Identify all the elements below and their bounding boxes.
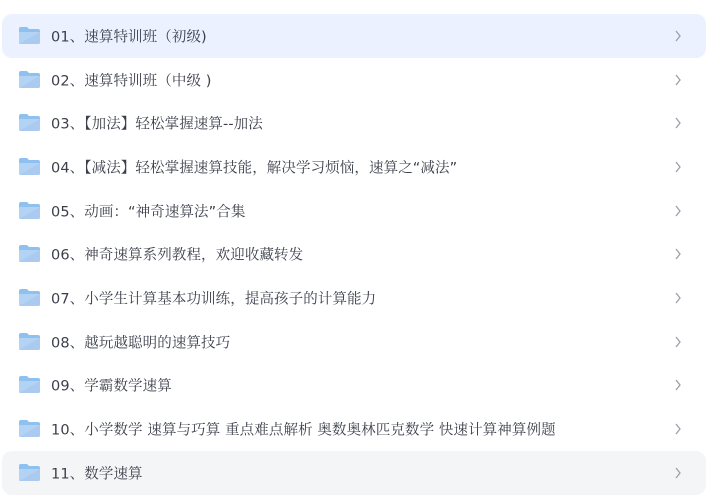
chevron-right-icon: [674, 292, 682, 304]
folder-icon: [19, 202, 40, 219]
folder-icon: [19, 27, 40, 44]
folder-icon: [19, 289, 40, 306]
folder-row[interactable]: 08、越玩越聪明的速算技巧: [2, 320, 706, 364]
folder-icon: [19, 114, 40, 131]
chevron-right-icon: [674, 467, 682, 479]
folder-row[interactable]: 06、神奇速算系列教程，欢迎收藏转发: [2, 232, 706, 276]
folder-label: 06、神奇速算系列教程，欢迎收藏转发: [51, 244, 303, 265]
folder-row[interactable]: 04、【减法】轻松掌握速算技能，解决学习烦恼，速算之“减法”: [2, 145, 706, 189]
folder-icon: [19, 71, 40, 88]
chevron-right-icon: [674, 74, 682, 86]
folder-list: 01、速算特训班（初级) 02、速算特训班（中级 ) 03、【加法】轻松掌握速算…: [2, 14, 706, 495]
folder-row[interactable]: 02、速算特训班（中级 ): [2, 58, 706, 102]
folder-label: 05、动画：“神奇速算法”合集: [51, 200, 245, 221]
folder-icon: [19, 158, 40, 175]
folder-label: 08、越玩越聪明的速算技巧: [51, 331, 230, 352]
folder-label: 03、【加法】轻松掌握速算--加法: [51, 113, 263, 134]
folder-row[interactable]: 01、速算特训班（初级): [2, 14, 706, 58]
folder-row[interactable]: 03、【加法】轻松掌握速算--加法: [2, 101, 706, 145]
chevron-right-icon: [674, 379, 682, 391]
chevron-right-icon: [674, 161, 682, 173]
folder-label: 11、数学速算: [51, 462, 143, 483]
chevron-right-icon: [674, 423, 682, 435]
folder-row[interactable]: 10、小学数学 速算与巧算 重点难点解析 奥数奥林匹克数学 快速计算神算例题: [2, 407, 706, 451]
folder-row[interactable]: 05、动画：“神奇速算法”合集: [2, 189, 706, 233]
chevron-right-icon: [674, 205, 682, 217]
chevron-right-icon: [674, 336, 682, 348]
folder-label: 04、【减法】轻松掌握速算技能，解决学习烦恼，速算之“减法”: [51, 156, 457, 177]
chevron-right-icon: [674, 30, 682, 42]
folder-label: 09、学霸数学速算: [51, 375, 172, 396]
folder-label: 01、速算特训班（初级): [51, 25, 207, 46]
folder-row[interactable]: 11、数学速算: [2, 451, 706, 495]
folder-row[interactable]: 07、小学生计算基本功训练，提高孩子的计算能力: [2, 276, 706, 320]
chevron-right-icon: [674, 117, 682, 129]
folder-icon: [19, 333, 40, 350]
folder-row[interactable]: 09、学霸数学速算: [2, 364, 706, 408]
chevron-right-icon: [674, 248, 682, 260]
folder-icon: [19, 464, 40, 481]
folder-icon: [19, 376, 40, 393]
folder-icon: [19, 420, 40, 437]
folder-icon: [19, 245, 40, 262]
folder-label: 02、速算特训班（中级 ): [51, 69, 212, 90]
folder-label: 07、小学生计算基本功训练，提高孩子的计算能力: [51, 287, 376, 308]
folder-label: 10、小学数学 速算与巧算 重点难点解析 奥数奥林匹克数学 快速计算神算例题: [51, 419, 556, 440]
